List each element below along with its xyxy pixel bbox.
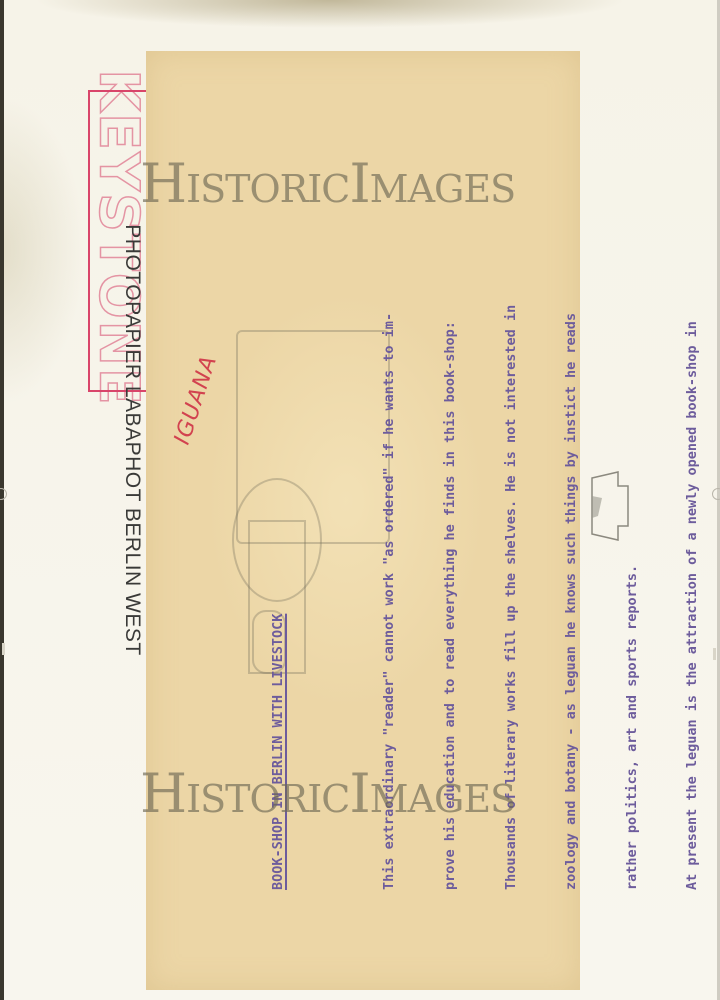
watermark-top: HistoricImages [140,152,610,215]
edge-tick-left [2,643,5,655]
left-edge-shadow [0,0,4,1000]
edge-tick-right [713,648,716,660]
photopaper-backprint: PHOTOPAPIER LABAPHOT BERLIN WEST [120,224,144,655]
arrow-outline-icon [588,468,632,544]
watermark-bottom: HistoricImages [140,762,610,825]
caption-body-line: At present the leguan is the attraction … [682,70,702,890]
registration-mark-right [712,488,720,500]
